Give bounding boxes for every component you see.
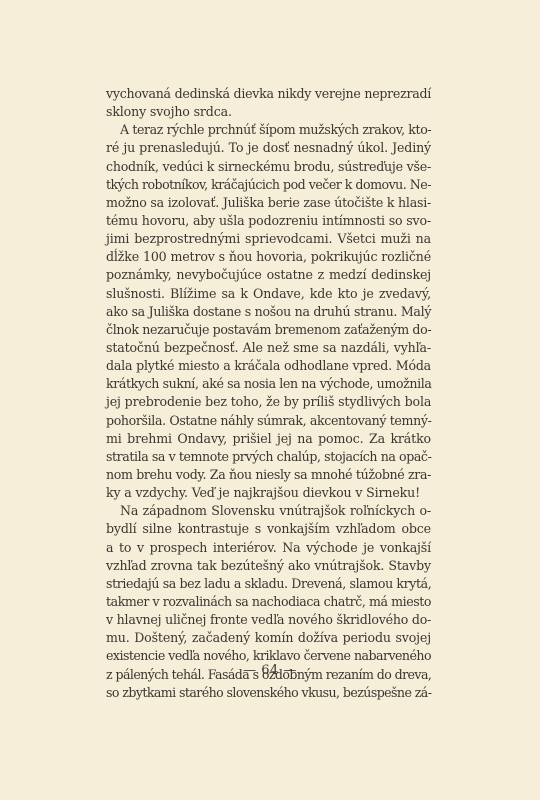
- book-page: vychovaná dedinská dievka nikdy verejne …: [0, 0, 540, 800]
- text-line: poznámky, nevybočujúce ostatne z medzí d…: [106, 266, 431, 284]
- text-line: dĺžke 100 metrov s ňou hovoria, pokrikuj…: [106, 248, 431, 266]
- text-line: stratila sa v temnote prvých chalúp, sto…: [106, 448, 431, 466]
- text-line: a to v prospech interiérov. Na východe j…: [106, 539, 431, 557]
- text-line: pohoršila. Ostatne náhly súmrak, akcento…: [106, 412, 431, 430]
- text-line: ako sa Juliška dostane s nošou na druhú …: [106, 303, 431, 321]
- text-line: Na západnom Slovensku vnútrajšok roľníck…: [106, 502, 431, 520]
- text-line: bydlí silne kontrastuje s vonkajším vzhľ…: [106, 520, 431, 538]
- text-line: mu. Doštený, začadený komín dožíva perio…: [106, 629, 431, 647]
- text-line: ky a vzdychy. Veď je najkrajšou dievkou …: [106, 484, 431, 502]
- text-line: slušnosti. Blížime sa k Ondave, kde kto …: [106, 285, 431, 303]
- text-line: nom brehu vody. Za ňou niesly sa mnohé t…: [106, 466, 431, 484]
- text-line: tému hovoru, aby ušla podozreniu intímno…: [106, 212, 431, 230]
- text-line: chodník, vedúci k sirneckému brodu, súst…: [106, 158, 431, 176]
- text-line: sklony svojho srdca.: [106, 103, 431, 121]
- text-line: možno sa izolovať. Juliška berie zase út…: [106, 194, 431, 212]
- text-line: ré ju prenasledujú. To je dosť nesnadný …: [106, 139, 431, 157]
- text-line: dala plytké miesto a kráčala odhodlane v…: [106, 357, 431, 375]
- text-line: jimi bezprostrednými sprievodcami. Všetc…: [106, 230, 431, 248]
- text-line: tkých robotníkov, kráčajúcich pod večer …: [106, 176, 431, 194]
- text-line: striedajú sa bez ladu a skladu. Drevená,…: [106, 575, 431, 593]
- text-line: mi brehmi Ondavy, prišiel jej na pomoc. …: [106, 430, 431, 448]
- text-line: v hlavnej uličnej fronte vedľa nového šk…: [106, 611, 431, 629]
- text-line: vychovaná dedinská dievka nikdy verejne …: [106, 85, 431, 103]
- text-line: krátkych sukní, aké sa nosia len na vých…: [106, 375, 431, 393]
- page-number: — 64 —: [0, 663, 540, 678]
- text-line: jej prebrodenie bez toho, že by príliš s…: [106, 393, 431, 411]
- text-line: A teraz rýchle prchnúť šípom mužských zr…: [106, 121, 431, 139]
- text-line: takmer v rozvalinách sa nachodiaca chatr…: [106, 593, 431, 611]
- text-line: statočnú bezpečnosť. Ale než sme sa nazd…: [106, 339, 431, 357]
- text-line: vzhľad zrovna tak bezútešný ako vnútrajš…: [106, 557, 431, 575]
- text-line: člnok nezaručuje postavám bremenom zaťaž…: [106, 321, 431, 339]
- text-line: so zbytkami starého slovenského vkusu, b…: [106, 684, 431, 702]
- body-text: vychovaná dedinská dievka nikdy verejne …: [106, 85, 431, 702]
